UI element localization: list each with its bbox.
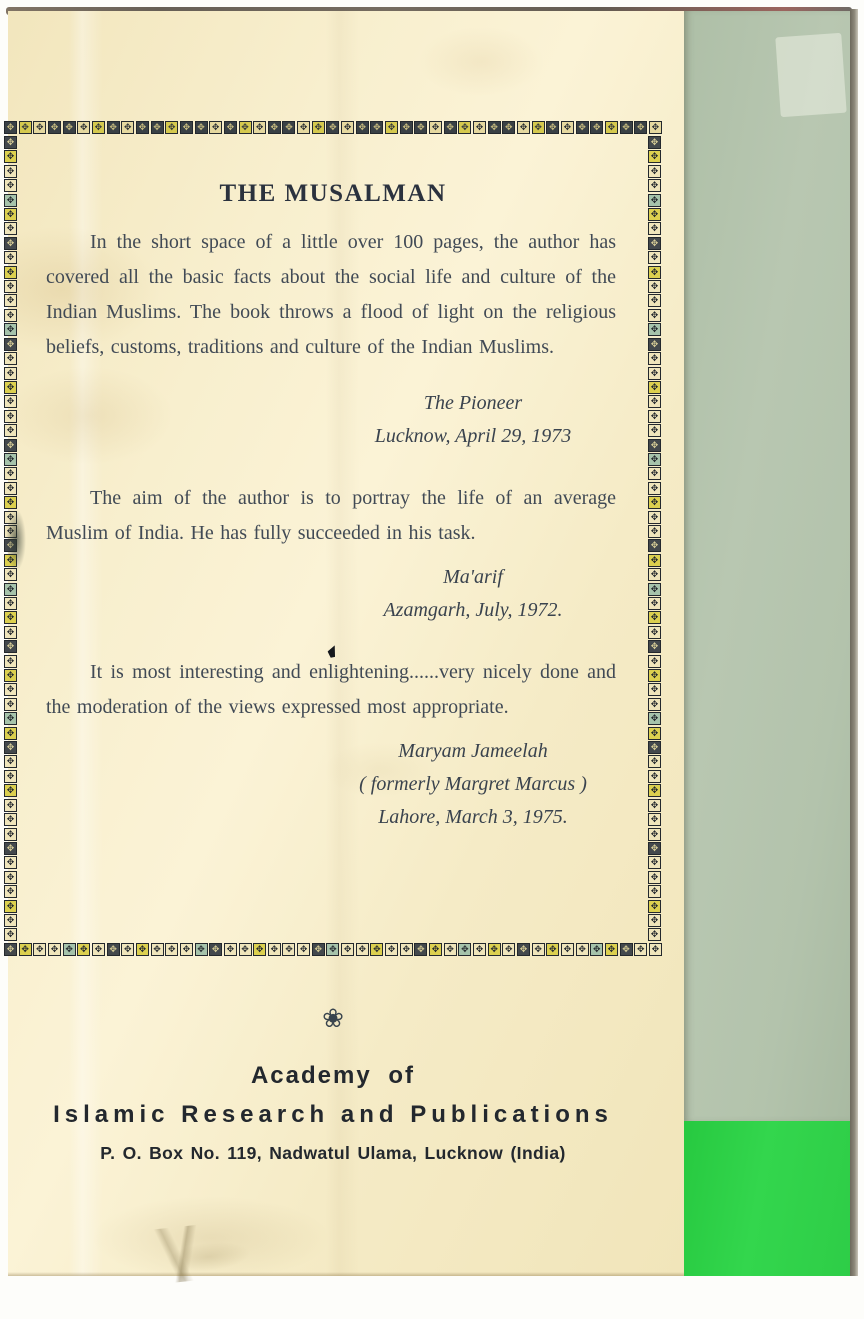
border-tile-icon: ✥ [414,121,427,134]
border-tile-icon: ✥ [268,943,281,956]
border-tile-icon: ✥ [648,770,661,783]
border-tile-icon: ✥ [77,943,90,956]
border-tile-icon: ✥ [648,539,661,552]
border-tile-icon: ✥ [282,121,295,134]
border-tile-icon: ✥ [4,741,17,754]
border-tile-icon: ✥ [648,626,661,639]
border-tile-icon: ✥ [561,943,574,956]
border-tile-icon: ✥ [4,712,17,725]
border-tile-icon: ✥ [648,266,661,279]
border-tile-icon: ✥ [590,121,603,134]
border-tile-icon: ✥ [77,121,90,134]
border-tile-icon: ✥ [312,121,325,134]
border-tile-icon: ✥ [48,943,61,956]
border-tile-icon: ✥ [488,943,501,956]
border-tile-icon: ✥ [576,121,589,134]
border-tile-icon: ✥ [19,121,32,134]
border-tile-icon: ✥ [648,424,661,437]
border-tile-icon: ✥ [92,121,105,134]
border-tile-icon: ✥ [4,338,17,351]
border-tile-icon: ✥ [4,352,17,365]
border-tile-icon: ✥ [4,727,17,740]
border-tile-icon: ✥ [356,943,369,956]
border-tile-icon: ✥ [253,121,266,134]
review-source: Ma'arif Azamgarh, July, 1972. [304,561,642,627]
border-tile-icon: ✥ [4,669,17,682]
border-tile-icon: ✥ [473,121,486,134]
border-tile-icon: ✥ [648,338,661,351]
ink-blotch [6,509,26,571]
book-back-cover-scan: ✥✥✥✥✥✥✥✥✥✥✥✥✥✥✥✥✥✥✥✥✥✥✥✥✥✥✥✥✥✥✥✥✥✥✥✥✥✥✥✥… [0,0,864,1319]
review-source-line: Maryam Jameelah [304,735,642,768]
tape-patch [775,33,846,117]
border-tile-icon: ✥ [4,136,17,149]
border-tile-icon: ✥ [561,121,574,134]
spine-cloth-top [684,11,850,1121]
publisher-block: Academy of Islamic Research and Publicat… [4,1062,662,1164]
border-tile-icon: ✥ [4,799,17,812]
border-tile-icon: ✥ [224,121,237,134]
border-tile-icon: ✥ [151,121,164,134]
border-tile-icon: ✥ [648,640,661,653]
border-tile-icon: ✥ [282,943,295,956]
review-quote: In the short space of a little over 100 … [46,225,616,365]
border-tile-icon: ✥ [488,121,501,134]
border-row-top: ✥✥✥✥✥✥✥✥✥✥✥✥✥✥✥✥✥✥✥✥✥✥✥✥✥✥✥✥✥✥✥✥✥✥✥✥✥✥✥✥… [4,121,662,135]
border-tile-icon: ✥ [429,943,442,956]
border-tile-icon: ✥ [63,943,76,956]
review-source-line: Lahore, March 3, 1975. [304,801,642,834]
border-tile-icon: ✥ [648,251,661,264]
border-tile-icon: ✥ [370,943,383,956]
border-tile-icon: ✥ [107,121,120,134]
border-tile-icon: ✥ [634,943,647,956]
border-tile-icon: ✥ [4,683,17,696]
border-tile-icon: ✥ [297,121,310,134]
border-tile-icon: ✥ [517,121,530,134]
border-tile-icon: ✥ [151,943,164,956]
border-tile-icon: ✥ [590,943,603,956]
border-tile-icon: ✥ [4,914,17,927]
border-tile-icon: ✥ [4,165,17,178]
border-tile-icon: ✥ [4,121,17,134]
border-tile-icon: ✥ [4,640,17,653]
border-tile-icon: ✥ [648,813,661,826]
border-tile-icon: ✥ [648,669,661,682]
border-tile-icon: ✥ [605,943,618,956]
border-tile-icon: ✥ [648,194,661,207]
border-tile-icon: ✥ [648,712,661,725]
border-tile-icon: ✥ [648,755,661,768]
border-tile-icon: ✥ [546,121,559,134]
border-tile-icon: ✥ [648,568,661,581]
border-tile-icon: ✥ [4,611,17,624]
border-tile-icon: ✥ [648,784,661,797]
border-tile-icon: ✥ [648,554,661,567]
border-tile-icon: ✥ [648,237,661,250]
border-tile-icon: ✥ [648,453,661,466]
border-tile-icon: ✥ [648,856,661,869]
border-tile-icon: ✥ [107,943,120,956]
border-tile-icon: ✥ [4,309,17,322]
border-tile-icon: ✥ [648,741,661,754]
border-tile-icon: ✥ [33,943,46,956]
border-tile-icon: ✥ [4,597,17,610]
border-tile-icon: ✥ [4,871,17,884]
border-tile-icon: ✥ [605,121,618,134]
border-tile-icon: ✥ [532,121,545,134]
border-tile-icon: ✥ [4,208,17,221]
border-tile-icon: ✥ [209,121,222,134]
border-tile-icon: ✥ [4,453,17,466]
border-tile-icon: ✥ [444,943,457,956]
border-tile-icon: ✥ [648,309,661,322]
border-tile-icon: ✥ [458,121,471,134]
border-tile-icon: ✥ [648,395,661,408]
review-source-line: Lucknow, April 29, 1973 [304,420,642,453]
border-tile-icon: ✥ [297,943,310,956]
border-tile-icon: ✥ [224,943,237,956]
border-tile-icon: ✥ [63,121,76,134]
border-tile-icon: ✥ [648,683,661,696]
border-tile-icon: ✥ [648,928,661,941]
border-tile-icon: ✥ [326,121,339,134]
border-tile-icon: ✥ [4,294,17,307]
border-tile-icon: ✥ [4,885,17,898]
border-tile-icon: ✥ [648,165,661,178]
border-tile-icon: ✥ [4,828,17,841]
border-tile-icon: ✥ [648,367,661,380]
border-tile-icon: ✥ [648,136,661,149]
border-tile-icon: ✥ [4,698,17,711]
border-tile-icon: ✥ [33,121,46,134]
border-tile-icon: ✥ [648,381,661,394]
border-tile-icon: ✥ [4,755,17,768]
border-tile-icon: ✥ [648,583,661,596]
border-tile-icon: ✥ [546,943,559,956]
border-tile-icon: ✥ [648,511,661,524]
border-tile-icon: ✥ [648,611,661,624]
border-tile-icon: ✥ [312,943,325,956]
border-tile-icon: ✥ [253,943,266,956]
border-tile-icon: ✥ [648,352,661,365]
book-title: THE MUSALMAN [24,180,642,208]
border-tile-icon: ✥ [576,943,589,956]
border-tile-icon: ✥ [400,943,413,956]
border-tile-icon: ✥ [414,943,427,956]
border-tile-icon: ✥ [4,943,17,956]
border-tile-icon: ✥ [648,280,661,293]
border-tile-icon: ✥ [180,121,193,134]
border-tile-icon: ✥ [136,943,149,956]
border-tile-icon: ✥ [4,367,17,380]
border-tile-icon: ✥ [268,121,281,134]
publisher-name-line2: Islamic Research and Publications [4,1101,662,1129]
border-tile-icon: ✥ [648,482,661,495]
border-tile-icon: ✥ [4,150,17,163]
border-tile-icon: ✥ [209,943,222,956]
border-tile-icon: ✥ [648,900,661,913]
border-tile-icon: ✥ [4,813,17,826]
border-tile-icon: ✥ [121,943,134,956]
border-tile-icon: ✥ [4,251,17,264]
border-tile-icon: ✥ [4,439,17,452]
review-quote: The aim of the author is to portray the … [46,481,616,551]
border-tile-icon: ✥ [4,842,17,855]
review-source-line: The Pioneer [304,387,642,420]
border-tile-icon: ✥ [648,698,661,711]
border-tile-icon: ✥ [4,266,17,279]
border-tile-icon: ✥ [4,381,17,394]
border-tile-icon: ✥ [92,943,105,956]
border-tile-icon: ✥ [620,943,633,956]
review-source-line: Azamgarh, July, 1972. [304,594,642,627]
border-tile-icon: ✥ [4,583,17,596]
border-tile-icon: ✥ [4,626,17,639]
border-tile-icon: ✥ [648,727,661,740]
review-quote: It is most interesting and enlightening.… [46,655,616,725]
border-tile-icon: ✥ [341,121,354,134]
book-right-edge [850,9,858,1276]
border-tile-icon: ✥ [326,943,339,956]
publisher-name-line1: Academy of [4,1062,662,1090]
border-tile-icon: ✥ [648,222,661,235]
review-source-line: Ma'arif [304,561,642,594]
border-tile-icon: ✥ [502,943,515,956]
border-tile-icon: ✥ [239,121,252,134]
border-tile-icon: ✥ [385,121,398,134]
border-tile-icon: ✥ [4,770,17,783]
border-tile-icon: ✥ [4,496,17,509]
border-tile-icon: ✥ [239,943,252,956]
border-tile-icon: ✥ [195,943,208,956]
border-tile-icon: ✥ [648,439,661,452]
border-tile-icon: ✥ [473,943,486,956]
spine-cloth-bottom [684,1121,850,1276]
border-tile-icon: ✥ [370,121,383,134]
border-tile-icon: ✥ [4,482,17,495]
border-tile-icon: ✥ [4,928,17,941]
review-source-line: ( formerly Margret Marcus ) [304,768,642,801]
border-tile-icon: ✥ [648,799,661,812]
border-tile-icon: ✥ [648,914,661,927]
border-tile-icon: ✥ [4,784,17,797]
border-tile-icon: ✥ [4,194,17,207]
border-tile-icon: ✥ [4,237,17,250]
border-column-right: ✥✥✥✥✥✥✥✥✥✥✥✥✥✥✥✥✥✥✥✥✥✥✥✥✥✥✥✥✥✥✥✥✥✥✥✥✥✥✥✥… [648,136,662,942]
border-tile-icon: ✥ [136,121,149,134]
border-tile-icon: ✥ [429,121,442,134]
florette-icon: ❀ [4,1004,662,1034]
border-tile-icon: ✥ [648,410,661,423]
border-tile-icon: ✥ [648,467,661,480]
border-tile-icon: ✥ [4,655,17,668]
border-tile-icon: ✥ [648,885,661,898]
border-tile-icon: ✥ [648,842,661,855]
border-tile-icon: ✥ [648,597,661,610]
border-tile-icon: ✥ [648,828,661,841]
review-source: Maryam Jameelah ( formerly Margret Marcu… [304,735,642,834]
border-tile-icon: ✥ [121,121,134,134]
border-tile-icon: ✥ [648,323,661,336]
border-tile-icon: ✥ [444,121,457,134]
border-tile-icon: ✥ [48,121,61,134]
border-tile-icon: ✥ [648,150,661,163]
border-tile-icon: ✥ [634,121,647,134]
border-tile-icon: ✥ [517,943,530,956]
border-tile-icon: ✥ [4,424,17,437]
border-tile-icon: ✥ [385,943,398,956]
border-tile-icon: ✥ [4,179,17,192]
border-tile-icon: ✥ [4,323,17,336]
border-tile-icon: ✥ [458,943,471,956]
border-tile-icon: ✥ [648,655,661,668]
border-tile-icon: ✥ [4,222,17,235]
border-tile-icon: ✥ [648,871,661,884]
border-tile-icon: ✥ [4,410,17,423]
border-tile-icon: ✥ [165,121,178,134]
border-tile-icon: ✥ [649,121,662,134]
border-tile-icon: ✥ [648,294,661,307]
review-source: The Pioneer Lucknow, April 29, 1973 [304,387,642,453]
pencil-scribble [86,1216,291,1292]
border-tile-icon: ✥ [649,943,662,956]
border-tile-icon: ✥ [620,121,633,134]
border-tile-icon: ✥ [400,121,413,134]
border-tile-icon: ✥ [648,496,661,509]
cover-text-block: THE MUSALMAN In the short space of a lit… [24,140,642,834]
border-tile-icon: ✥ [4,900,17,913]
border-tile-icon: ✥ [165,943,178,956]
border-tile-icon: ✥ [356,121,369,134]
border-tile-icon: ✥ [4,467,17,480]
border-tile-icon: ✥ [502,121,515,134]
border-tile-icon: ✥ [4,856,17,869]
border-tile-icon: ✥ [4,280,17,293]
border-tile-icon: ✥ [648,179,661,192]
border-tile-icon: ✥ [180,943,193,956]
border-row-bottom: ✥✥✥✥✥✥✥✥✥✥✥✥✥✥✥✥✥✥✥✥✥✥✥✥✥✥✥✥✥✥✥✥✥✥✥✥✥✥✥✥… [4,943,662,957]
border-tile-icon: ✥ [648,208,661,221]
border-tile-icon: ✥ [648,525,661,538]
border-tile-icon: ✥ [4,395,17,408]
publisher-address: P. O. Box No. 119, Nadwatul Ulama, Luckn… [4,1143,662,1164]
border-tile-icon: ✥ [19,943,32,956]
border-tile-icon: ✥ [341,943,354,956]
border-tile-icon: ✥ [195,121,208,134]
border-tile-icon: ✥ [532,943,545,956]
